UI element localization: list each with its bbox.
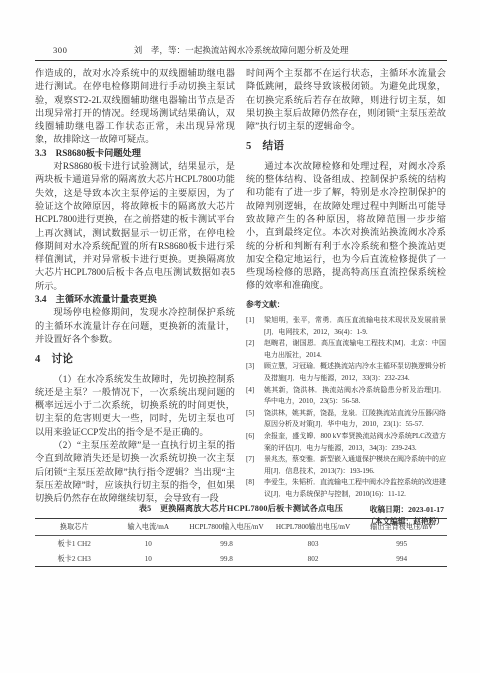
table-cell: 802 — [270, 551, 357, 567]
table-cell: 10 — [113, 536, 183, 552]
table-cell: 99.8 — [183, 536, 270, 552]
reference-item: [3] 顾立慧，习冠瑜．概述换流站内冷水主循环泵切换逻辑分析及措施[J]．电力与… — [246, 361, 446, 384]
running-head: 300 刘 孝，等：一起换流站阀水冷系统故障问题分析及处理 — [35, 43, 447, 57]
paragraph: （1）在水冷系统发生故障时，先切换控制系统还是主泵？一般情况下，一次系统出现问题… — [35, 373, 235, 439]
paragraph: 通过本次故障检修和处理过程，对阀水冷系统的整体结构、设备组成、控制保护系统的结构… — [246, 160, 446, 293]
table-header-row: 换取芯片 输入电流/mA HCPL7800输入电压/mV HCPL7800输出电… — [35, 519, 447, 536]
reference-label: [4] — [246, 385, 261, 408]
paragraph: 作造成的，故对水冷系统中的双线圈辅助继电器进行测试。在停电检修期间进行手动切换主… — [35, 67, 235, 147]
header-rule — [35, 60, 447, 61]
table-cell: 板卡2 CH3 — [35, 551, 113, 567]
table-5-block: 表5 更换隔离放大芯片HCPL7800后板卡测试各点电压 换取芯片 输入电流/m… — [35, 503, 447, 567]
reference-item: [7] 景兆杰，蔡变雅．新型嵌入通道保护模块在阀冷系统中的应用[J]．信息技术，… — [246, 454, 446, 477]
two-column-body: 作造成的，故对水冷系统中的双线圈辅助继电器进行测试。在停电检修期间进行手动切换主… — [35, 67, 447, 529]
reference-text: 余报奎，盛戈皞．800 kV奉贤换流站阀水冷系统PLC改造方案的评估[J]．电力… — [261, 431, 446, 454]
reference-item: [2] 赵畹君，谢国恩．高压直流输电工程技术[M]．北京：中国电力出版社，201… — [246, 338, 446, 361]
reference-item: [5] 饶洪林，姚其新，饶磊，龙泉．江陵换流站直流分压器闪络原因分析及对策[J]… — [246, 408, 446, 431]
reference-text: 梁旭明，张平，常勇．高压直流输电技术现状及发展前景[J]．电网技术，2012，3… — [261, 315, 446, 338]
table-5-title: 表5 更换隔离放大芯片HCPL7800后板卡测试各点电压 — [35, 503, 447, 514]
table-header-cell: HCPL7800输出电压/mV — [270, 519, 357, 536]
table-cell: 995 — [356, 536, 447, 552]
reference-text: 姚其新，饶洪林．换流站阀水冷系统隐患分析及治理[J]．华中电力，2010，23(… — [261, 385, 446, 408]
reference-text: 顾立慧，习冠瑜．概述换流站内冷水主循环泵切换逻辑分析及措施[J]．电力与能源，2… — [261, 361, 446, 384]
right-column: 时间两个主泵都不在运行状态，主循环水流量会降低跳闸，最终导致该极闭锁。为避免此现… — [246, 67, 446, 529]
section-heading-3-3: 3.3 RS8680板卡问题处理 — [35, 147, 235, 160]
table-header-cell: 输入电流/mA — [113, 519, 183, 536]
reference-item: [8] 李爱生，朱韬析．直流输电工程中阀水冷监控系统的改进建议[J]．电力系统保… — [246, 477, 446, 500]
table-cell: 994 — [356, 551, 447, 567]
table-row: 板卡2 CH3 10 99.8 802 994 — [35, 551, 447, 567]
reference-label: [2] — [246, 338, 261, 361]
reference-item: [1] 梁旭明，张平，常勇．高压直流输电技术现状及发展前景[J]．电网技术，20… — [246, 315, 446, 338]
table-header-cell: 换取芯片 — [35, 519, 113, 536]
reference-item: [6] 余报奎，盛戈皞．800 kV奉贤换流站阀水冷系统PLC改造方案的评估[J… — [246, 431, 446, 454]
section-heading-4: 4 讨论 — [35, 346, 235, 372]
paragraph: 时间两个主泵都不在运行状态，主循环水流量会降低跳闸，最终导致该极闭锁。为避免此现… — [246, 67, 446, 133]
left-column: 作造成的，故对水冷系统中的双线圈辅助继电器进行测试。在停电检修期间进行手动切换主… — [35, 67, 235, 529]
table-header-cell: 输出至背板电压/mV — [356, 519, 447, 536]
table-cell: 板卡1 CH2 — [35, 536, 113, 552]
reference-label: [7] — [246, 454, 261, 477]
table-cell: 99.8 — [183, 551, 270, 567]
reference-label: [5] — [246, 408, 261, 431]
reference-label: [1] — [246, 315, 261, 338]
table-cell: 803 — [270, 536, 357, 552]
paragraph: （2）“主泵压差故障”是一直执行切主泵的指令直到故障消失还是切换一次系统切换一次… — [35, 439, 235, 505]
paragraph: 现场停电检修期间，发现水冷控制保护系统的主循环水流量计存在问题，更换新的流量计，… — [35, 306, 235, 346]
reference-text: 赵畹君，谢国恩．高压直流输电工程技术[M]．北京：中国电力出版社，2014. — [261, 338, 446, 361]
reference-text: 景兆杰，蔡变雅．新型嵌入通道保护模块在阀冷系统中的应用[J]．信息技术，2013… — [261, 454, 446, 477]
reference-label: [6] — [246, 431, 261, 454]
reference-label: [8] — [246, 477, 261, 500]
references-list: [1] 梁旭明，张平，常勇．高压直流输电技术现状及发展前景[J]．电网技术，20… — [246, 315, 446, 501]
references-title: 参考文献： — [246, 293, 446, 315]
reference-item: [4] 姚其新，饶洪林．换流站阀水冷系统隐患分析及治理[J]．华中电力，2010… — [246, 385, 446, 408]
running-title: 刘 孝，等：一起换流站阀水冷系统故障问题分析及处理 — [35, 43, 447, 57]
reference-text: 饶洪林，姚其新，饶磊，龙泉．江陵换流站直流分压器闪络原因分析及对策[J]．华中电… — [261, 408, 446, 431]
table-cell: 10 — [113, 551, 183, 567]
paper-page: 300 刘 孝，等：一起换流站阀水冷系统故障问题分析及处理 作造成的，故对水冷系… — [0, 0, 480, 673]
reference-text: 李爱生，朱韬析．直流输电工程中阀水冷监控系统的改进建议[J]．电力系统保护与控制… — [261, 477, 446, 500]
table-row: 板卡1 CH2 10 99.8 803 995 — [35, 536, 447, 552]
section-heading-3-4: 3.4 主循环水流量计量表更换 — [35, 293, 235, 306]
table-5: 换取芯片 输入电流/mA HCPL7800输入电压/mV HCPL7800输出电… — [35, 518, 447, 567]
reference-label: [3] — [246, 361, 261, 384]
paragraph: 对RS8680板卡进行试验测试，结果显示，是两块板卡通道异常的隔离放大芯片HCP… — [35, 160, 235, 293]
table-header-cell: HCPL7800输入电压/mV — [183, 519, 270, 536]
section-heading-5: 5 结语 — [246, 133, 446, 159]
